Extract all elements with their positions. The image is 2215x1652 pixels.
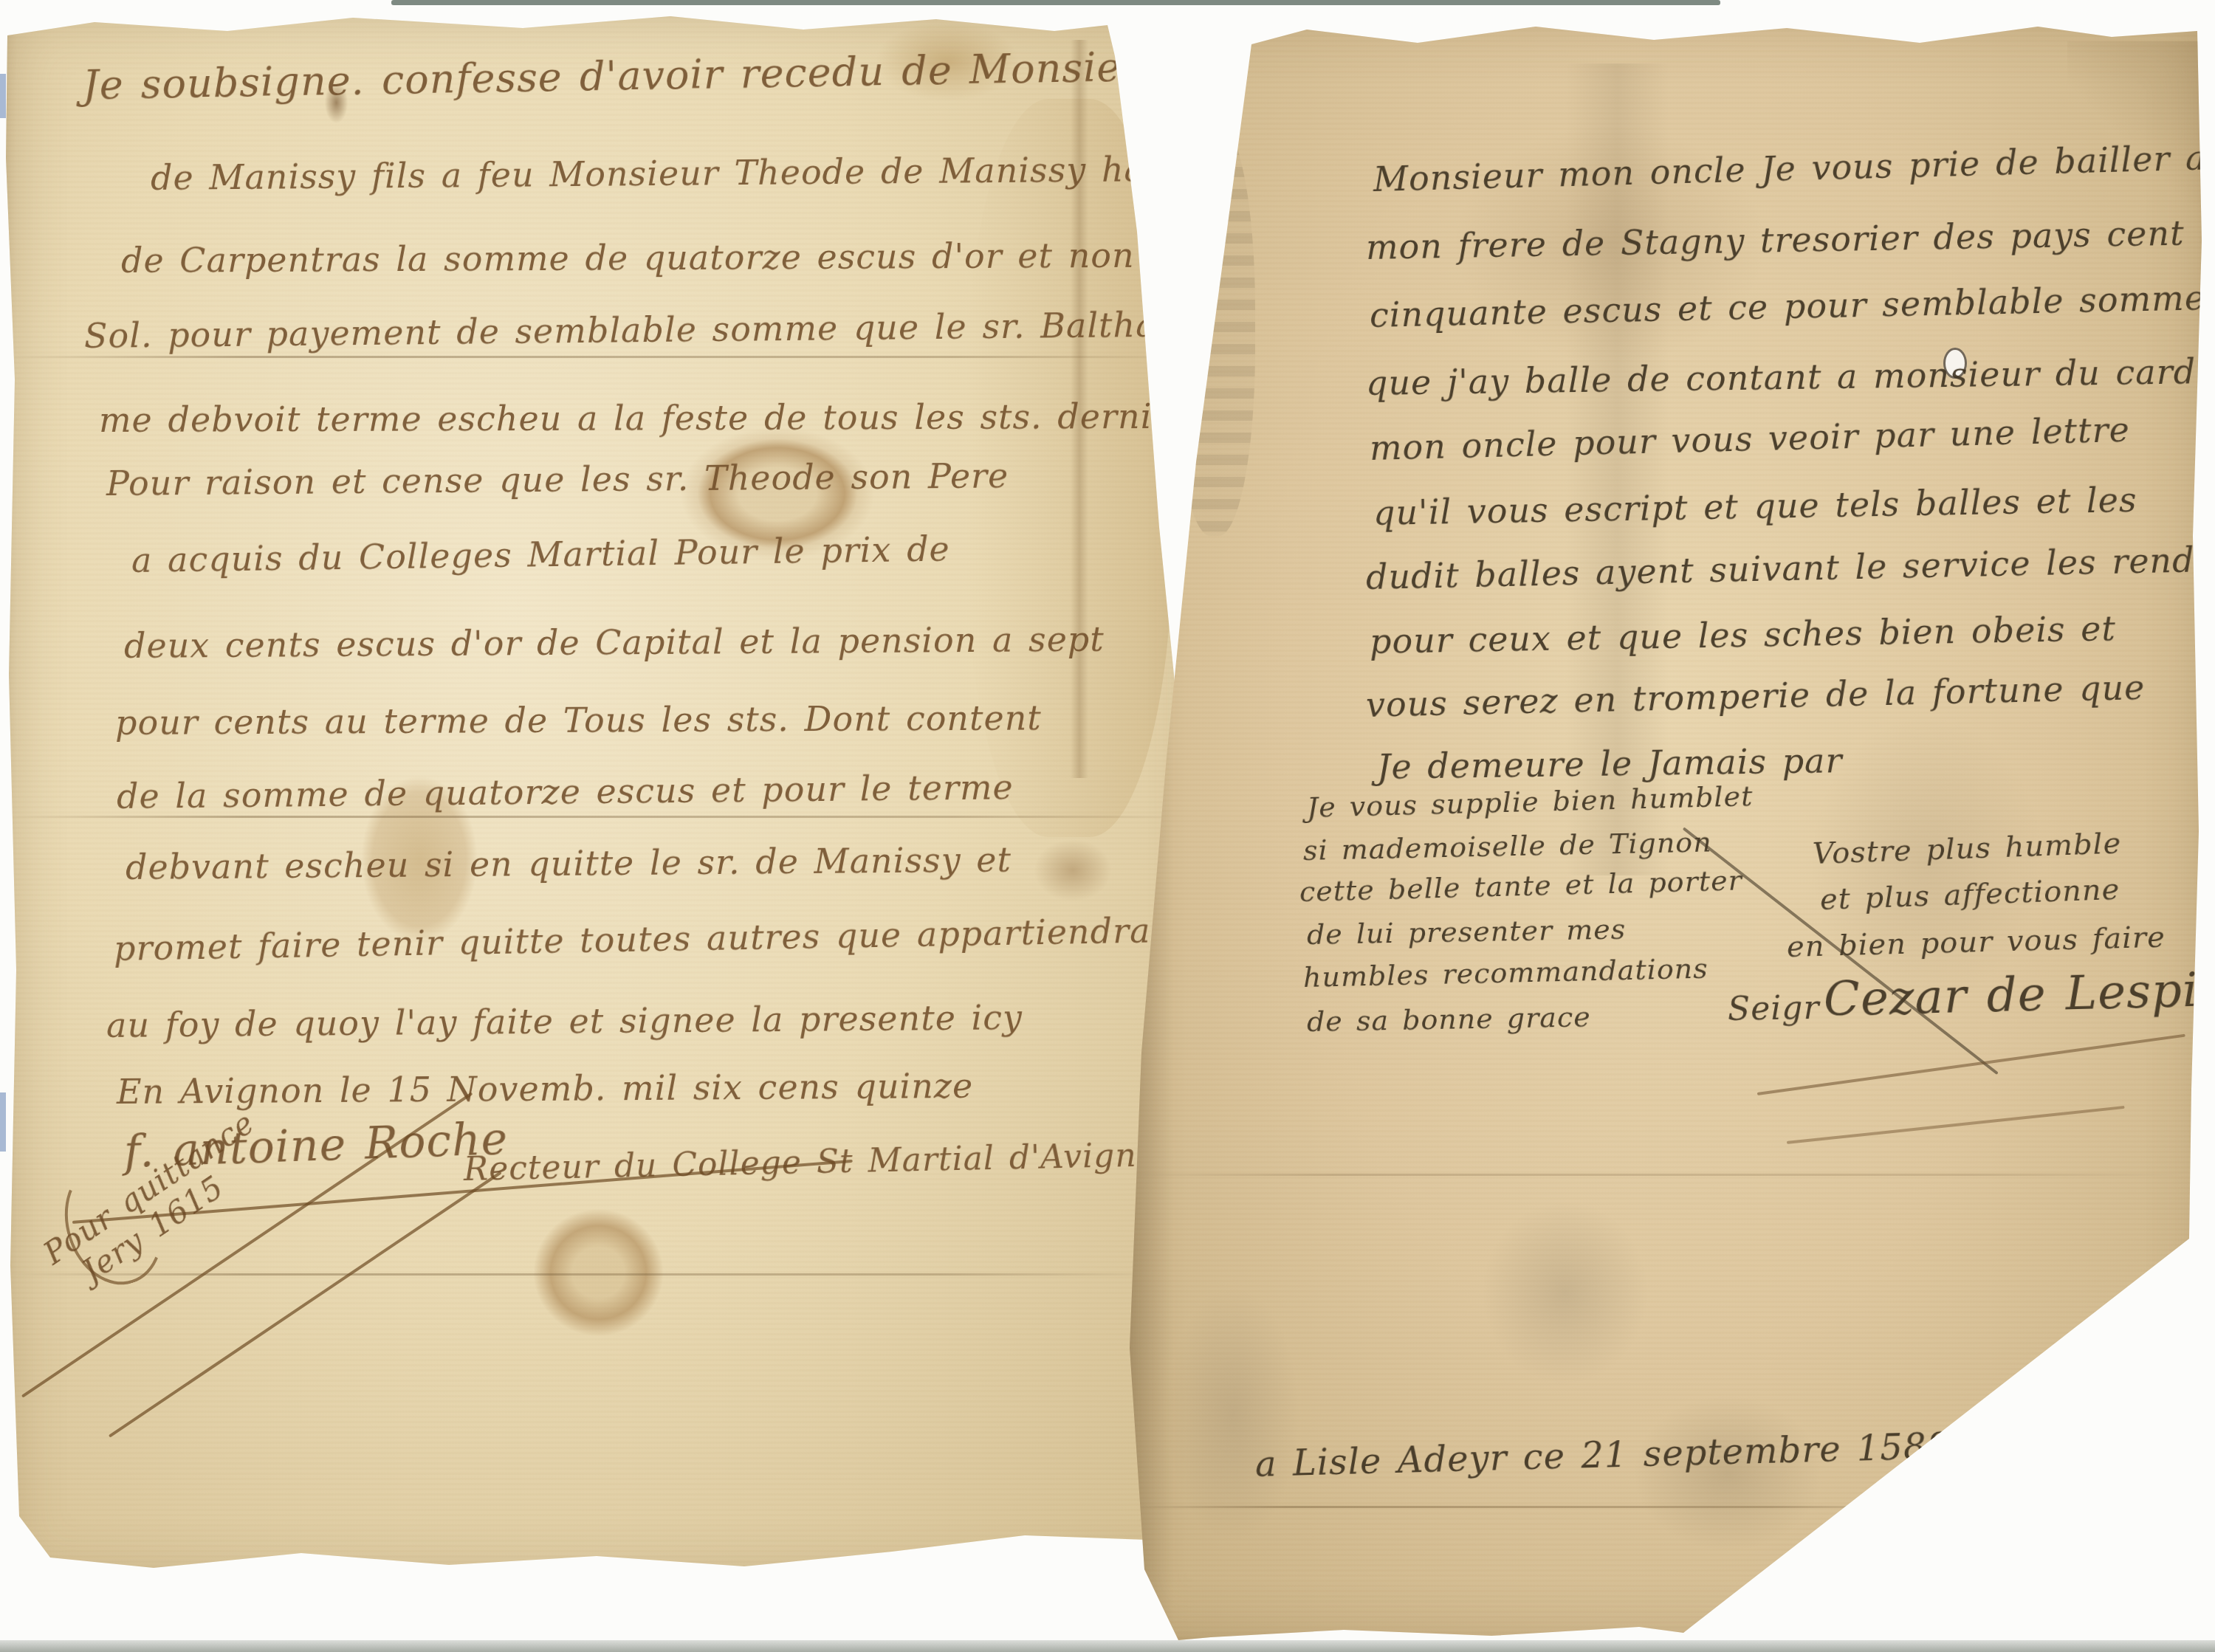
manuscript-line: deux cents escus d'or de Capital et la p… xyxy=(124,619,1105,666)
manuscript-line: En Avignon le 15 Novemb. mil six cens qu… xyxy=(117,1066,974,1112)
fold-crease xyxy=(6,816,1187,818)
manuscript-line: Je soubsigne. confesse d'avoir recedu de… xyxy=(82,39,1386,109)
valediction-line: en bien pour vous faire xyxy=(1786,920,2166,964)
stain xyxy=(1017,826,1128,915)
manuscript-line: me debvoit terme escheu a la feste de to… xyxy=(99,396,1190,440)
manuscript-line: mon oncle pour vous veoir par une lettre xyxy=(1369,410,2130,468)
fold-crease xyxy=(1122,1174,2185,1176)
signature-cezar-de-lespier: Cezar de Lespier xyxy=(1823,962,2215,1028)
manuscript-line: que j'ay balle de contant a monsieur du … xyxy=(1366,351,2197,403)
manuscript-line: dudit balles ayent suivant le service le… xyxy=(1365,539,2215,597)
valediction-line: Vostre plus humble xyxy=(1812,826,2122,871)
manuscript-line: Sol. pour payement de semblable somme qu… xyxy=(84,304,1213,356)
signature-flourish xyxy=(1757,1034,2185,1095)
stain xyxy=(1144,1245,1322,1584)
manuscript-line: de la somme de quatorze escus et pour le… xyxy=(117,767,1014,816)
closing-line: Je vous supplie bien humblet xyxy=(1306,779,1753,824)
manuscript-line: Je demeure le Jamais par xyxy=(1377,740,1843,787)
stain-ring xyxy=(512,1188,685,1357)
manuscript-line: de Carpentras la somme de quatorze escus… xyxy=(121,235,1135,281)
valediction-line: et plus affectionne xyxy=(1819,873,2120,917)
scanner-edge-bottom xyxy=(0,1640,2215,1652)
left-page-receipt: Je soubsigne. confesse d'avoir recedu de… xyxy=(6,10,1209,1583)
manuscript-line: debvant escheu si en quitte le sr. de Ma… xyxy=(126,840,1012,887)
scanner-artifact xyxy=(0,74,6,118)
right-page-letter: Monsieur mon oncle Je vous prie de baill… xyxy=(1122,19,2208,1643)
manuscript-line: mon frere de Stagny tresorier des pays c… xyxy=(1366,213,2185,267)
dateline: a Lisle Adeyr ce 21 septembre 1588 xyxy=(1254,1425,1950,1485)
manuscript-line: a acquis du Colleges Martial Pour le pri… xyxy=(131,529,950,580)
fold-crease xyxy=(6,1273,1172,1276)
manuscript-line: qu'il vous escript et que tels balles et… xyxy=(1373,480,2137,533)
manuscript-line: Pour raison et cense que les sr. Theode … xyxy=(106,455,1009,503)
closing-line: si mademoiselle de Tignon xyxy=(1303,825,1713,867)
signature-flourish xyxy=(1787,1106,2125,1144)
closing-line: de sa bonne grace xyxy=(1307,1000,1591,1038)
signature-prefix: Seigr xyxy=(1728,989,1820,1028)
manuscript-scan: Je soubsigne. confesse d'avoir recedu de… xyxy=(0,0,2215,1652)
manuscript-line: de Manissy fils a feu Monsieur Theode de… xyxy=(151,148,1252,198)
manuscript-line: au foy de quoy l'ay faite et signee la p… xyxy=(106,997,1023,1045)
closing-line: cette belle tante et la porter xyxy=(1299,864,1742,908)
fold-crease xyxy=(1122,1506,1934,1508)
manuscript-line: promet faire tenir quitte toutes autres … xyxy=(114,910,1151,968)
manuscript-line: pour cents au terme de Tous les sts. Don… xyxy=(115,698,1042,743)
scanner-artifact xyxy=(0,1092,6,1152)
scanner-edge-top xyxy=(391,0,1720,5)
fold-crease xyxy=(6,356,1187,358)
closing-line: humbles recommandations xyxy=(1303,952,1709,994)
manuscript-line: vous serez en tromperie de la fortune qu… xyxy=(1365,667,2146,725)
stain xyxy=(1174,123,1255,536)
stain xyxy=(1455,1171,1676,1414)
manuscript-line: cinquante escus et ce pour semblable som… xyxy=(1369,278,2205,335)
signature-title: Recteur du College St Martial d'Avignon xyxy=(463,1136,1178,1188)
closing-line: de lui presenter mes xyxy=(1307,912,1627,951)
manuscript-line: Monsieur mon oncle Je vous prie de baill… xyxy=(1373,137,2207,199)
manuscript-line: pour ceux et que les sches bien obeis et xyxy=(1370,608,2117,661)
